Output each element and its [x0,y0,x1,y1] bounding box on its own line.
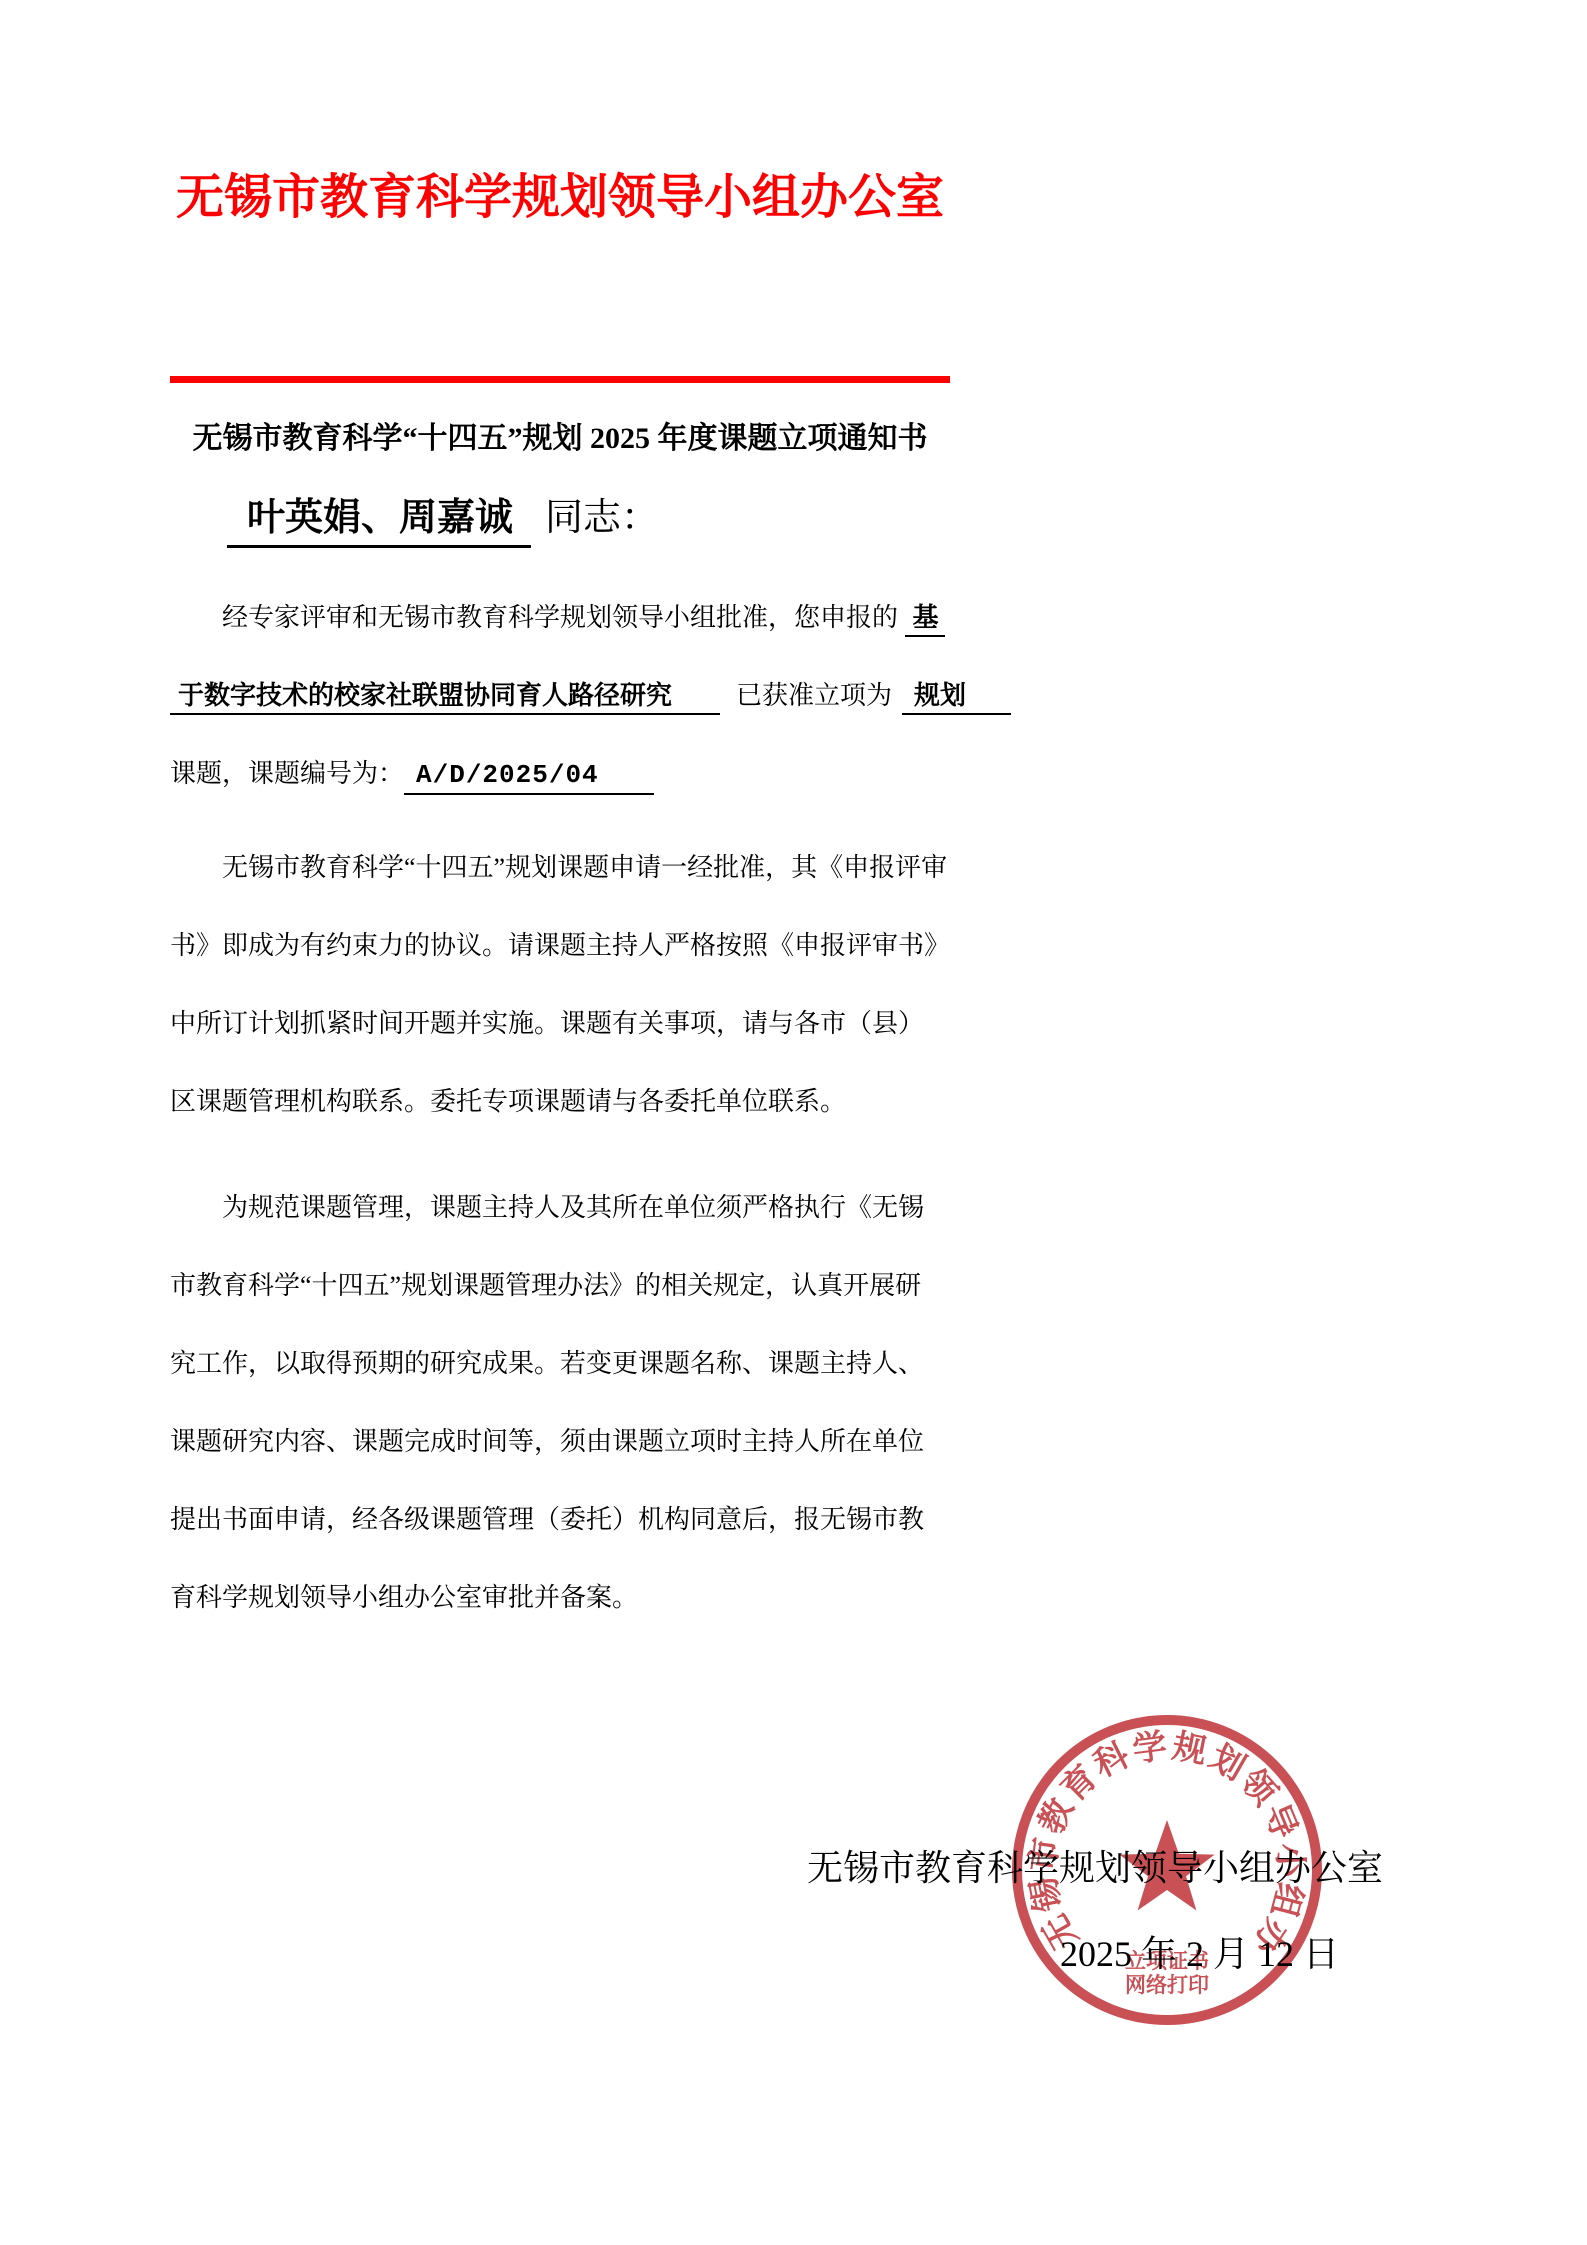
body-line: 于数字技术的校家社联盟协同育人路径研究已获准立项为规划 [170,657,1000,735]
notice-document-page: 无锡市教育科学规划领导小组办公室 无锡市教育科学“十四五”规划 2025 年度课… [0,0,1587,2245]
body-line: 市教育科学“十四五”规划课题管理办法》的相关规定，认真开展研 [170,1247,1000,1325]
salutation-line: 叶英娟、周嘉诚同志： [227,486,659,541]
body-line: 无锡市教育科学“十四五”规划课题申请一经批准，其《申报评审 [170,829,1000,907]
project-title-part1: 基 [905,603,945,637]
approval-mid-text: 已获准立项为 [736,681,892,710]
approval-lead-text: 经专家评审和无锡市教育科学规划领导小组批准，您申报的 [222,603,898,632]
notice-subtitle: 无锡市教育科学“十四五”规划 2025 年度课题立项通知书 [150,413,970,457]
paragraph-management: 为规范课题管理，课题主持人及其所在单位须严格执行《无锡市教育科学“十四五”规划课… [170,1169,1000,1637]
body-line: 课题研究内容、课题完成时间等，须由课题立项时主持人所在单位 [170,1403,1000,1481]
project-number-value: A/D/2025/04 [404,760,654,795]
body-line: 中所订计划抓紧时间开题并实施。课题有关事项，请与各市（县） [170,985,1000,1063]
body-line: 区课题管理机构联系。委托专项课题请与各委托单位联系。 [170,1063,1000,1141]
project-category: 规划 [902,681,1011,715]
body-line: 书》即成为有约束力的协议。请课题主持人严格按照《申报评审书》 [170,907,1000,985]
seal-ring-label: 无锡市教育科学规划领导小组办公室 [1007,1710,1309,1964]
body-line: 提出书面申请，经各级课题管理（委托）机构同意后，报无锡市教 [170,1481,1000,1559]
salutation-suffix: 同志： [545,497,659,539]
seal-inner-line2: 网络打印 [1125,1973,1209,1997]
body-line: 育科学规划领导小组办公室审批并备案。 [170,1559,1000,1637]
recipient-names: 叶英娟、周嘉诚 [227,497,531,548]
title-divider-rule [170,376,950,383]
seal-inner-line1: 立项证书 [1125,1949,1209,1973]
body-line: 究工作，以取得预期的研究成果。若变更课题名称、课题主持人、 [170,1325,1000,1403]
document-title: 无锡市教育科学规划领导小组办公室 [170,158,950,227]
first-line-indent [170,603,222,632]
body-line: 为规范课题管理，课题主持人及其所在单位须严格执行《无锡 [170,1169,1000,1247]
paragraph-agreement: 无锡市教育科学“十四五”规划课题申请一经批准，其《申报评审书》即成为有约束力的协… [170,829,1000,1141]
project-title-part2: 于数字技术的校家社联盟协同育人路径研究 [170,681,720,715]
official-seal-stamp: 无锡市教育科学规划领导小组办公室 立项证书 网络打印 [1007,1710,1327,2030]
body-line: 课题，课题编号为：A/D/2025/04 [170,735,1000,813]
paragraph-approval: 经专家评审和无锡市教育科学规划领导小组批准，您申报的 基 于数字技术的校家社联盟… [170,579,1000,813]
body-line: 经专家评审和无锡市教育科学规划领导小组批准，您申报的 基 [170,579,1000,657]
seal-star-icon [1120,1820,1215,1911]
project-number-label: 课题，课题编号为： [170,759,404,788]
